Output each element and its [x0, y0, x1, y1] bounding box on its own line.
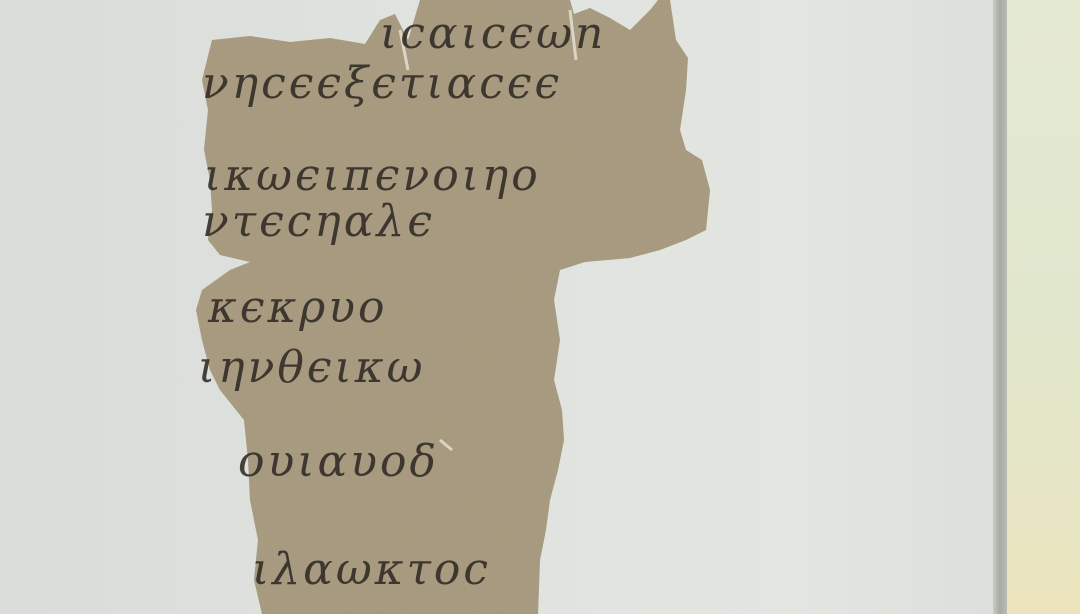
script-line-2: νηcϵϵξϵτιαcϵϵ — [202, 58, 562, 109]
mount-edge-shadow — [993, 0, 1007, 614]
papyrus-fragment: ιcαιcϵωn νηcϵϵξϵτιαcϵϵ ικωϵιπϵνοιηο ντϵc… — [190, 0, 720, 614]
script-line-7: ουιαυοδ — [238, 436, 439, 487]
mount-border-strip — [1007, 0, 1080, 614]
script-line-6: ιηνθϵικω — [198, 342, 425, 393]
script-line-4: ντϵcηαλϵ — [202, 196, 435, 247]
script-line-8: ιλαωκτοc — [252, 544, 491, 595]
script-line-3: ικωϵιπϵνοιηο — [204, 150, 541, 201]
script-line-5: κϵκρυο — [208, 282, 387, 333]
script-line-1: ιcαιcϵωn — [380, 8, 606, 59]
